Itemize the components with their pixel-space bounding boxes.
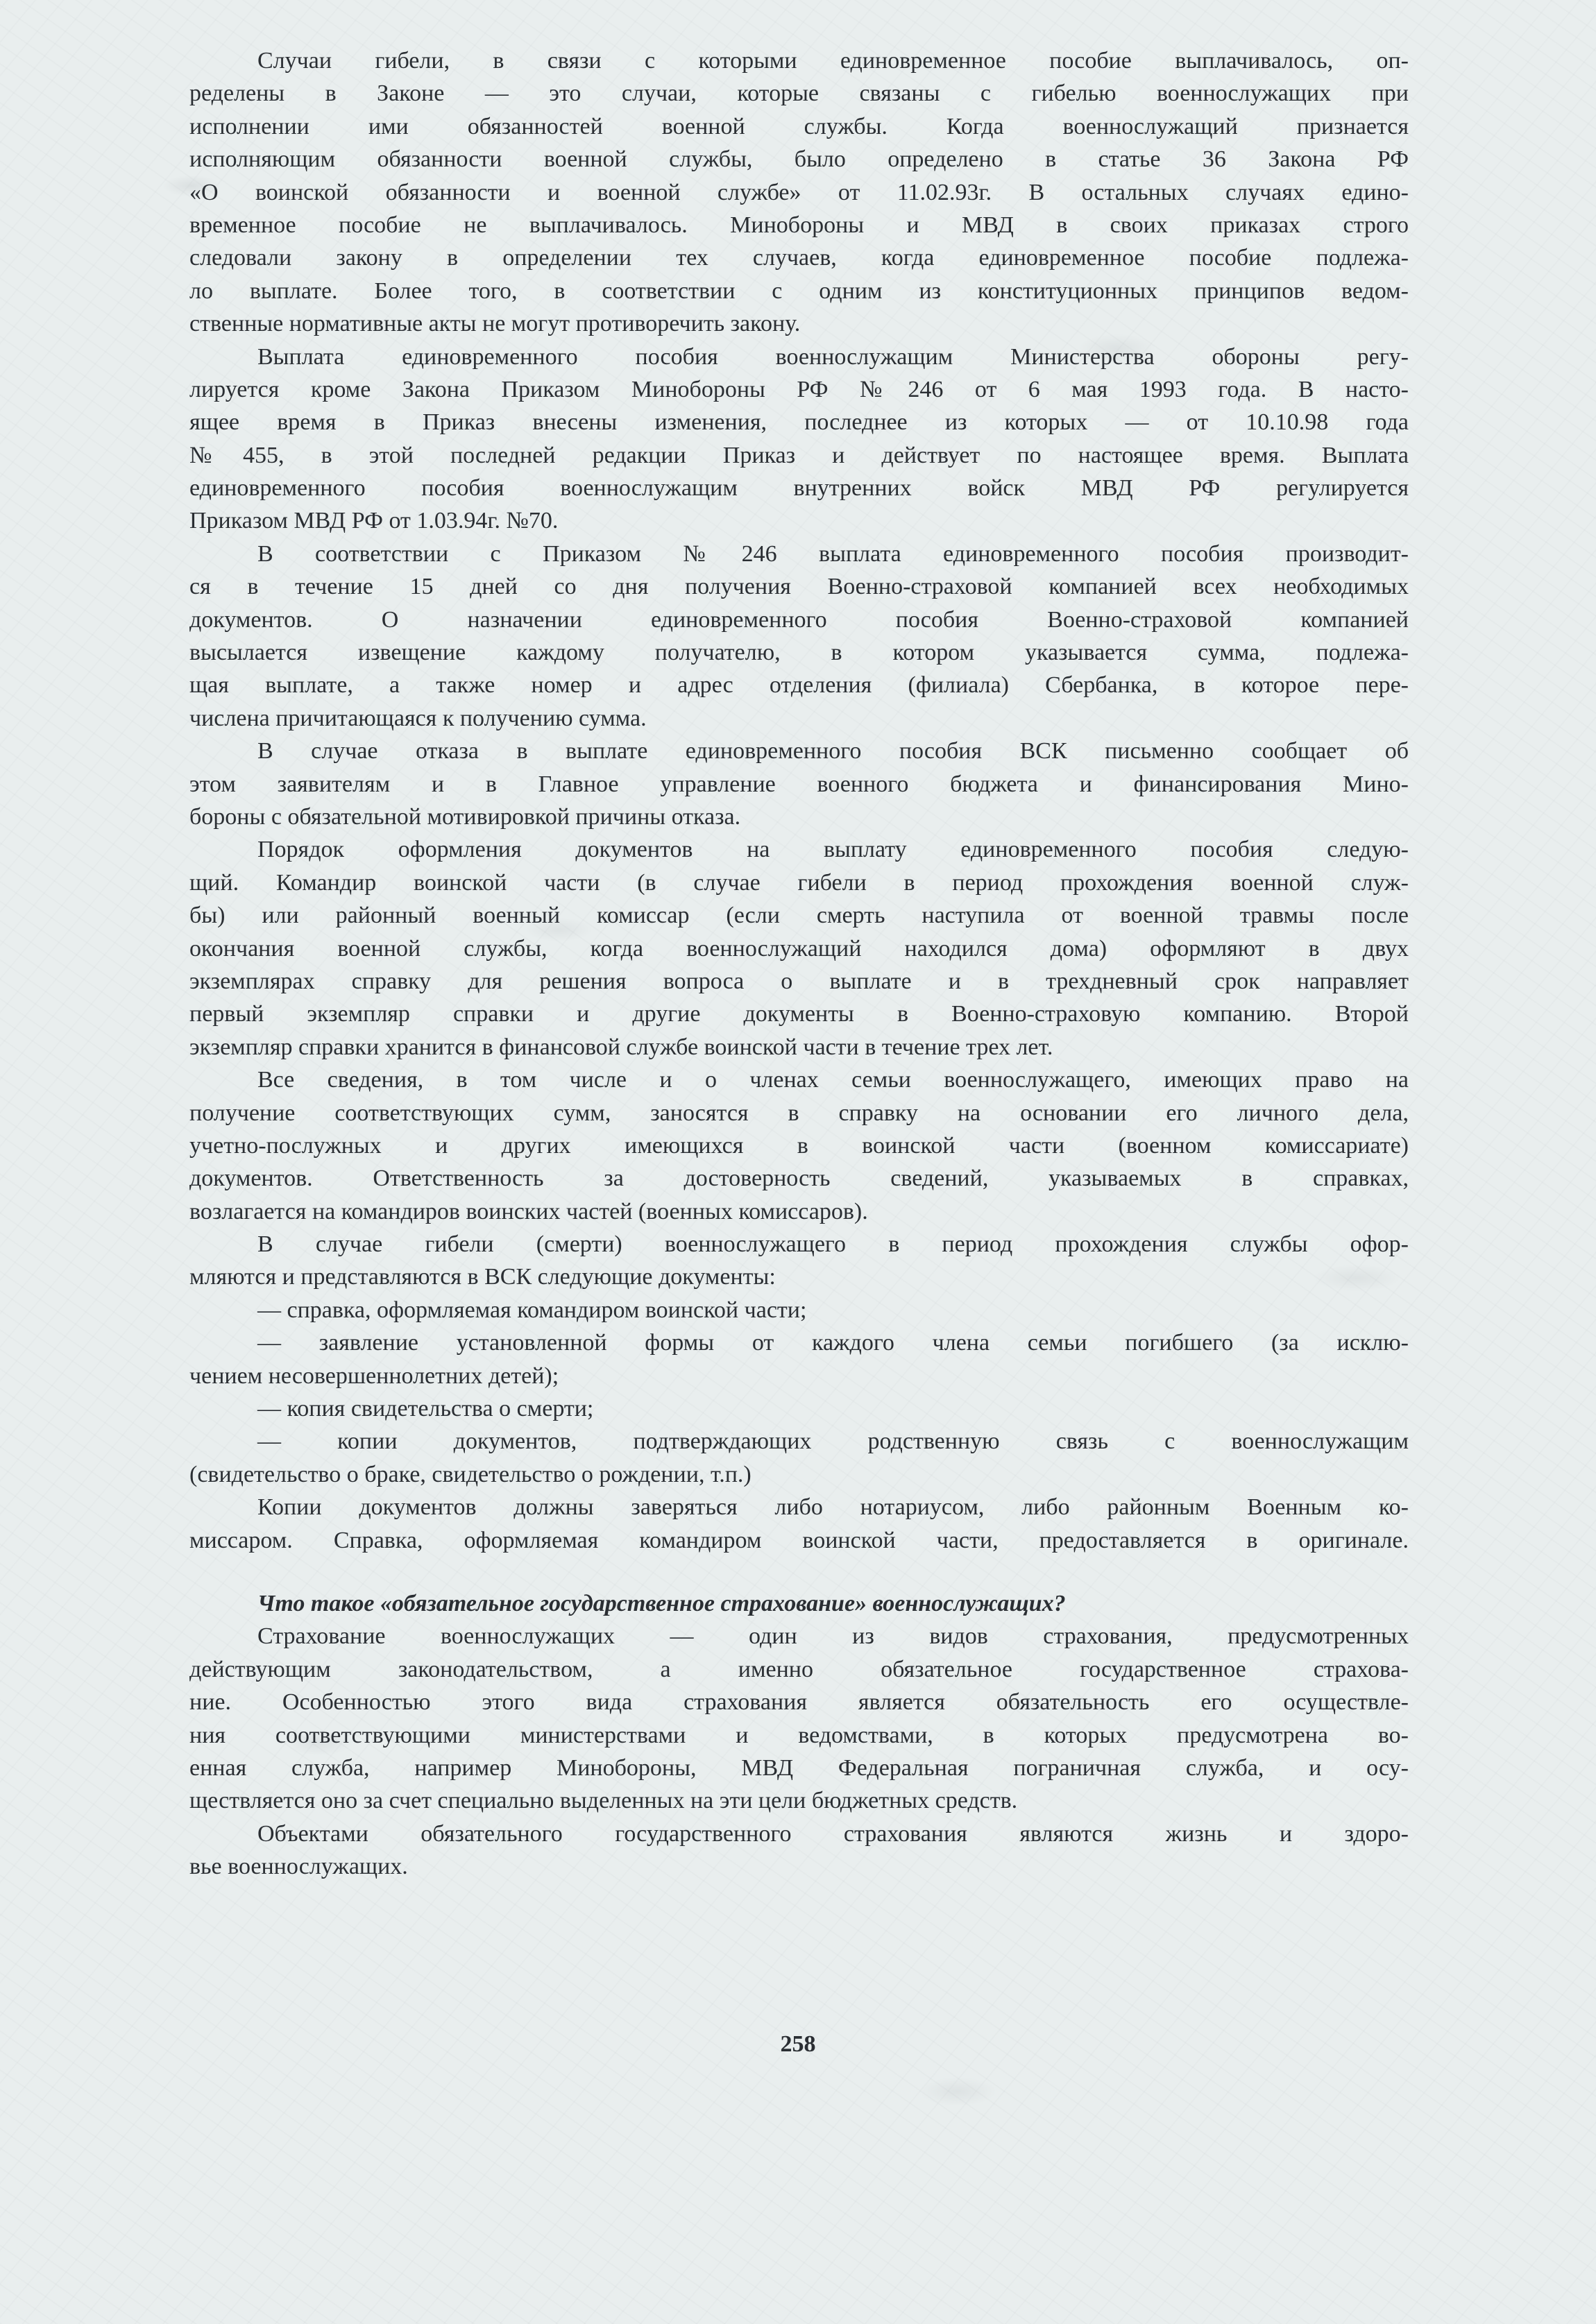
text-line: бороны с обязательной мотивировкой причи… [189,801,1409,833]
text-line: бы) или районный военный комиссар (если … [189,899,1409,932]
text-line: В случае отказа в выплате единовременног… [189,735,1409,767]
page-number: 258 [763,2031,833,2058]
text-line: енная служба, например Минобороны, МВД Ф… [189,1752,1409,1784]
paragraph: Копии документов должны заверяться либо … [189,1491,1409,1557]
text-line: Порядок оформления документов на выплату… [189,833,1409,866]
text-line: получение соответствующих сумм, заносятс… [189,1097,1409,1129]
text-line: мляются и представляются в ВСК следующие… [189,1261,1409,1293]
list-item: — заявление установленной формы от каждо… [189,1326,1409,1392]
text-line: «О воинской обязанности и военной службе… [189,176,1409,209]
text-line: ственные нормативные акты не могут проти… [189,307,1409,340]
list-item: — копии документов, подтверждающих родст… [189,1425,1409,1491]
text-line: — копия свидетельства о смерти; [189,1392,1409,1425]
required-documents-list: — справка, оформляемая командиром воинск… [189,1294,1409,1491]
text-line: ществляется оно за счет специально выдел… [189,1784,1409,1817]
text-line: Объектами обязательного государственного… [189,1818,1409,1850]
list-item: — справка, оформляемая командиром воинск… [189,1294,1409,1326]
text-line: — справка, оформляемая командиром воинск… [189,1294,1409,1326]
text-line: экземпляр справки хранится в финансовой … [189,1031,1409,1063]
text-line: исполняющим обязанности военной службы, … [189,143,1409,176]
text-line: окончания военной службы, когда военносл… [189,932,1409,965]
paragraph: Все сведения, в том числе и о членах сем… [189,1063,1409,1228]
text-line: Приказом МВД РФ от 1.03.94г. №70. [189,504,1409,537]
text-line: Копии документов должны заверяться либо … [189,1491,1409,1523]
text-line: Случаи гибели, в связи с которыми единов… [189,44,1409,77]
text-line: лируется кроме Закона Приказом Миноборон… [189,373,1409,406]
text-line: №455, в этой последней редакции Приказ и… [189,439,1409,472]
text-line: — заявление установленной формы от каждо… [189,1326,1409,1359]
text-line: (свидетельство о браке, свидетельство о … [189,1458,1409,1491]
text-line: документов. Ответственность за достоверн… [189,1162,1409,1195]
paragraph: Выплата единовременного пособия военносл… [189,341,1409,538]
text-line: числена причитающаяся к получению сумма. [189,702,1409,735]
paragraph: В соответствии с Приказом №246 выплата е… [189,538,1409,735]
text-line: Выплата единовременного пособия военносл… [189,341,1409,373]
list-item: — копия свидетельства о смерти; [189,1392,1409,1425]
document-page: Случаи гибели, в связи с которыми единов… [189,44,1409,1883]
text-line: В случае гибели (смерти) военнослужащего… [189,1228,1409,1261]
section-heading: Что такое «обязательное государственное … [189,1587,1409,1620]
text-line: — копии документов, подтверждающих родст… [189,1425,1409,1458]
text-line: ределены в Законе — это случаи, которые … [189,77,1409,110]
paragraph: Порядок оформления документов на выплату… [189,833,1409,1063]
text-line: этом заявителям и в Главное управление в… [189,768,1409,801]
text-line: первый экземпляр справки и другие докуме… [189,998,1409,1030]
text-line: щий. Командир воинской части (в случае г… [189,866,1409,899]
text-line: Все сведения, в том числе и о членах сем… [189,1063,1409,1096]
text-line: ся в течение 15 дней со дня получения Во… [189,570,1409,603]
text-line: документов. О назначении единовременного… [189,604,1409,636]
text-line: Страхование военнослужащих — один из вид… [189,1620,1409,1652]
text-line: возлагается на командиров воинских часте… [189,1195,1409,1228]
paragraph: Объектами обязательного государственного… [189,1818,1409,1883]
text-line: щая выплате, а также номер и адрес отдел… [189,669,1409,701]
text-line: ло выплате. Более того, в соответствии с… [189,275,1409,307]
text-line: вье военнослужащих. [189,1850,1409,1883]
text-line: высылается извещение каждому получателю,… [189,636,1409,669]
paragraph: Случаи гибели, в связи с которыми единов… [189,44,1409,341]
text-line: учетно-послужных и других имеющихся в во… [189,1129,1409,1162]
text-line: экземплярах справку для решения вопроса … [189,965,1409,998]
paragraph: В случае гибели (смерти) военнослужащего… [189,1228,1409,1294]
text-line: исполнении ими обязанностей военной служ… [189,110,1409,143]
text-line: следовали закону в определении тех случа… [189,241,1409,274]
text-line: ние. Особенностью этого вида страхования… [189,1686,1409,1718]
text-line: временное пособие не выплачивалось. Мино… [189,209,1409,241]
text-line: ния соответствующими министерствами и ве… [189,1719,1409,1752]
text-line: чением несовершеннолетних детей); [189,1360,1409,1392]
text-line: миссаром. Справка, оформляемая командиро… [189,1524,1409,1557]
text-line: ящее время в Приказ внесены изменения, п… [189,406,1409,438]
paragraph: В случае отказа в выплате единовременног… [189,735,1409,833]
text-line: действующим законодательством, а именно … [189,1653,1409,1686]
paragraph: Страхование военнослужащих — один из вид… [189,1620,1409,1817]
text-line: В соответствии с Приказом №246 выплата е… [189,538,1409,570]
text-line: единовременного пособия военнослужащим в… [189,472,1409,504]
